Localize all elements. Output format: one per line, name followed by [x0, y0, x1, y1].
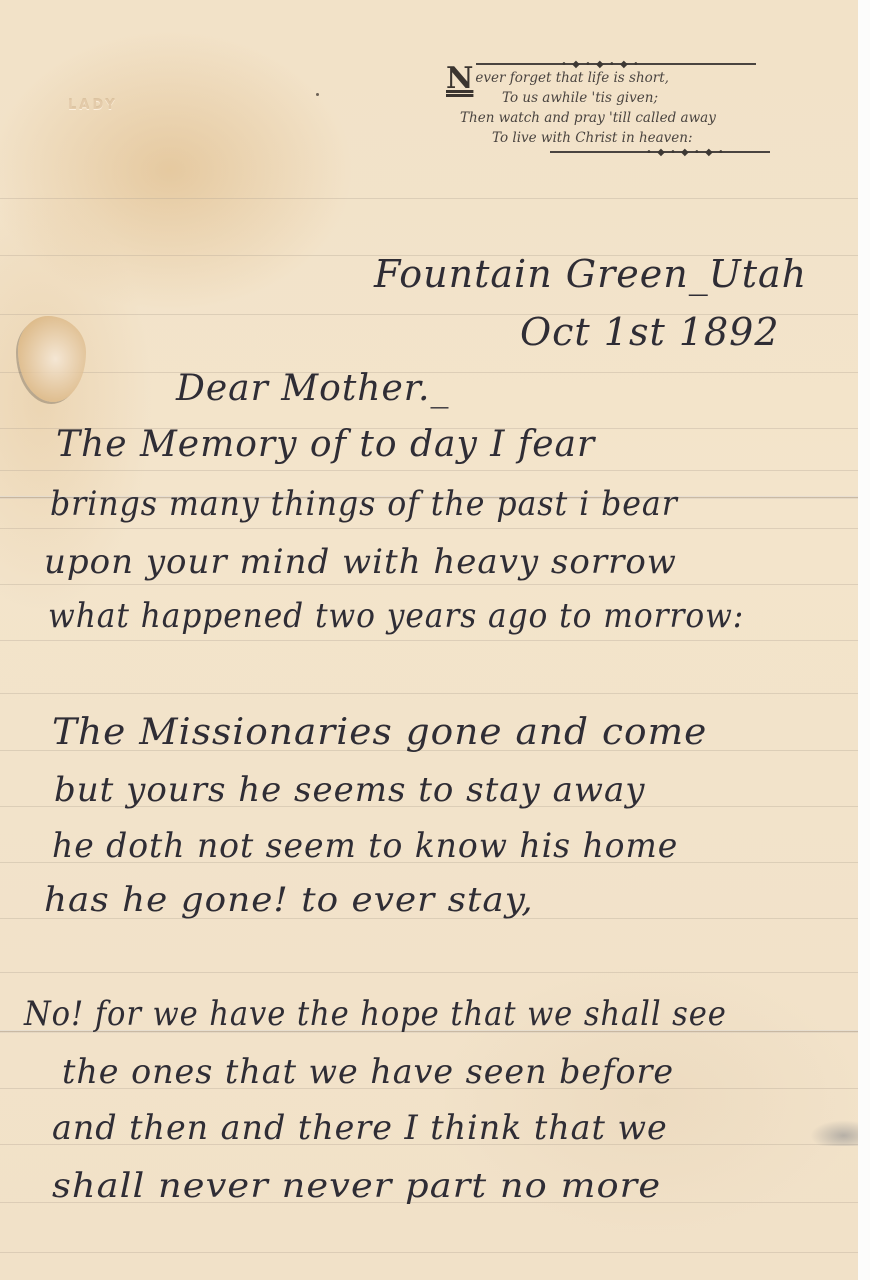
stanza-2-line-4: has he gone! to ever stay, — [44, 880, 534, 920]
ruled-line — [0, 470, 858, 471]
ruled-line — [0, 198, 858, 199]
ruled-line — [0, 528, 858, 529]
verse-bottom-ornament: • ◆ • ◆ • ◆ • — [446, 148, 772, 156]
ruled-line — [0, 584, 858, 585]
verse-line-3: Then watch and pray 'till called away — [446, 108, 772, 128]
letter-date: Oct 1st 1892 — [520, 310, 780, 354]
ink-smudge — [810, 1120, 858, 1146]
ink-speck — [316, 93, 319, 96]
stanza-2-line-1: The Missionaries gone and come — [52, 712, 707, 753]
printed-verse: • ◆ • ◆ • ◆ • Never forget that life is … — [446, 60, 772, 156]
letter-paper: LADY • ◆ • ◆ • ◆ • Never forget that lif… — [0, 0, 858, 1280]
stanza-2-line-2: but yours he seems to stay away — [54, 770, 645, 810]
stanza-1-line-2: brings many things of the past i bear — [50, 484, 678, 524]
verse-top-ornament: • ◆ • ◆ • ◆ • — [446, 60, 772, 68]
stanza-2-line-3: he doth not seem to know his home — [52, 826, 678, 866]
stanza-3-line-1: No! for we have the hope that we shall s… — [24, 994, 727, 1034]
embossed-mark: LADY — [68, 98, 118, 113]
stanza-3-line-2: the ones that we have seen before — [62, 1052, 674, 1092]
stanza-1-line-4: what happened two years ago to morrow: — [48, 596, 744, 636]
salutation: Dear Mother._ — [176, 368, 449, 409]
scan-background-edge — [858, 0, 870, 1280]
stanza-1-line-3: upon your mind with heavy sorrow — [44, 542, 677, 582]
ruled-line — [0, 640, 858, 641]
ruled-line — [0, 972, 858, 973]
stanza-3-line-4: shall never never part no more — [52, 1166, 661, 1206]
paper-stain — [18, 316, 86, 402]
ruled-line — [0, 1252, 858, 1253]
drop-cap: N — [446, 66, 473, 92]
stanza-1-line-1: The Memory of to day I fear — [56, 424, 595, 465]
ruled-line — [0, 693, 858, 694]
stanza-3-line-3: and then and there I think that we — [52, 1108, 668, 1148]
verse-line-2: To us awhile 'tis given; — [446, 88, 772, 108]
letter-place: Fountain Green_Utah — [374, 252, 807, 296]
